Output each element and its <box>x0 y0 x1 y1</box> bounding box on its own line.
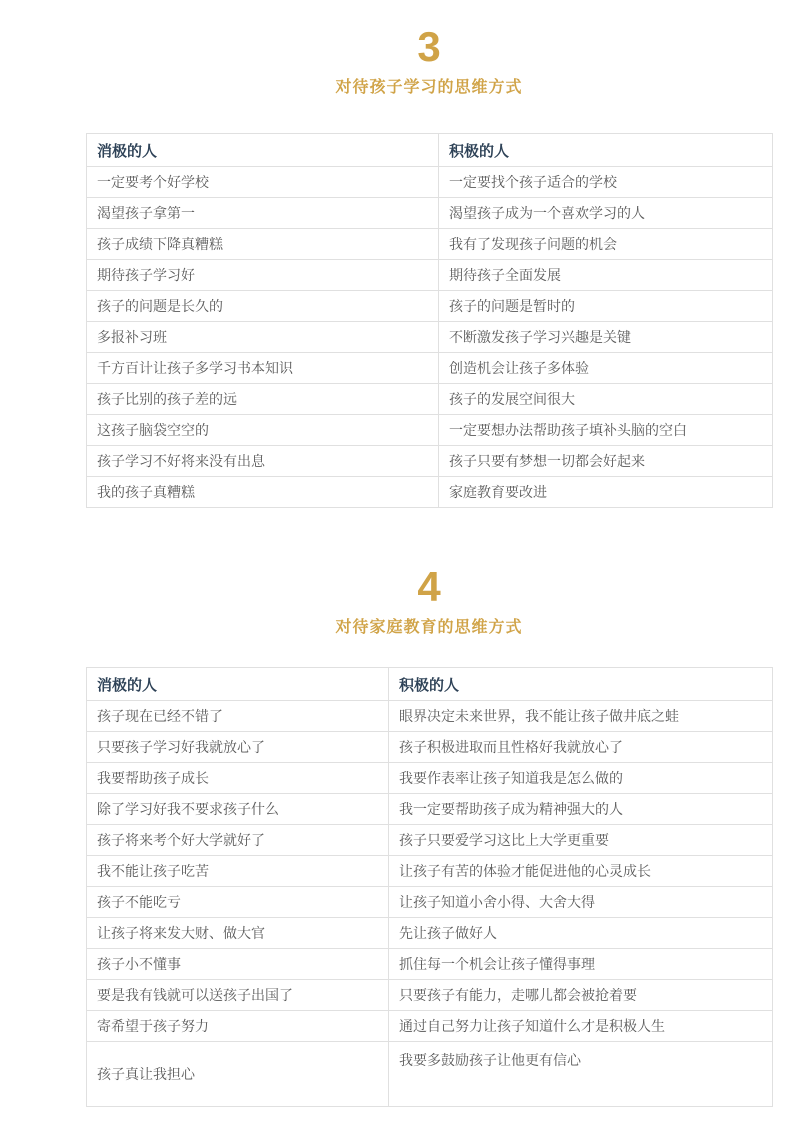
positive-cell: 我要多鼓励孩子让他更有信心 <box>389 1042 773 1107</box>
positive-column-header: 积极的人 <box>439 134 773 167</box>
table-body: 孩子现在已经不错了眼界决定未来世界，我不能让孩子做井底之蛙只要孩子学习好我就放心… <box>87 701 773 1107</box>
negative-cell: 我不能让孩子吃苦 <box>87 856 389 887</box>
table-row: 孩子将来考个好大学就好了孩子只要爱学习这比上大学更重要 <box>87 825 773 856</box>
positive-cell: 创造机会让孩子多体验 <box>439 353 773 384</box>
negative-cell: 一定要考个好学校 <box>87 167 439 198</box>
negative-cell: 寄希望于孩子努力 <box>87 1011 389 1042</box>
table-row: 多报补习班不断激发孩子学习兴趣是关键 <box>87 322 773 353</box>
positive-cell: 我有了发现孩子问题的机会 <box>439 229 773 260</box>
table-row: 这孩子脑袋空空的一定要想办法帮助孩子填补头脑的空白 <box>87 415 773 446</box>
positive-cell: 一定要想办法帮助孩子填补头脑的空白 <box>439 415 773 446</box>
table-row: 寄希望于孩子努力通过自己努力让孩子知道什么才是积极人生 <box>87 1011 773 1042</box>
table-row: 孩子成绩下降真糟糕我有了发现孩子问题的机会 <box>87 229 773 260</box>
negative-cell: 孩子小不懂事 <box>87 949 389 980</box>
positive-cell: 让孩子有苦的体验才能促进他的心灵成长 <box>389 856 773 887</box>
negative-cell: 孩子将来考个好大学就好了 <box>87 825 389 856</box>
positive-cell: 眼界决定未来世界，我不能让孩子做井底之蛙 <box>389 701 773 732</box>
table-row: 孩子的问题是长久的孩子的问题是暂时的 <box>87 291 773 322</box>
table-row: 渴望孩子拿第一渴望孩子成为一个喜欢学习的人 <box>87 198 773 229</box>
table-row: 孩子真让我担心我要多鼓励孩子让他更有信心 <box>87 1042 773 1107</box>
positive-column-header: 积极的人 <box>389 668 773 701</box>
positive-cell: 孩子只要爱学习这比上大学更重要 <box>389 825 773 856</box>
table-row: 我的孩子真糟糕家庭教育要改进 <box>87 477 773 508</box>
negative-cell: 渴望孩子拿第一 <box>87 198 439 229</box>
table-row: 孩子小不懂事抓住每一个机会让孩子懂得事理 <box>87 949 773 980</box>
comparison-table: 消极的人 积极的人 一定要考个好学校一定要找个孩子适合的学校渴望孩子拿第一渴望孩… <box>86 133 773 508</box>
negative-cell: 孩子的问题是长久的 <box>87 291 439 322</box>
positive-cell: 孩子的问题是暂时的 <box>439 291 773 322</box>
negative-cell: 孩子真让我担心 <box>87 1042 389 1107</box>
negative-cell: 孩子现在已经不错了 <box>87 701 389 732</box>
positive-cell: 让孩子知道小舍小得、大舍大得 <box>389 887 773 918</box>
table-row: 孩子现在已经不错了眼界决定未来世界，我不能让孩子做井底之蛙 <box>87 701 773 732</box>
negative-cell: 只要孩子学习好我就放心了 <box>87 732 389 763</box>
positive-cell: 一定要找个孩子适合的学校 <box>439 167 773 198</box>
negative-cell: 孩子不能吃亏 <box>87 887 389 918</box>
positive-cell: 我要作表率让孩子知道我是怎么做的 <box>389 763 773 794</box>
negative-cell: 孩子成绩下降真糟糕 <box>87 229 439 260</box>
positive-cell: 我一定要帮助孩子成为精神强大的人 <box>389 794 773 825</box>
table-row: 孩子学习不好将来没有出息孩子只要有梦想一切都会好起来 <box>87 446 773 477</box>
table-row: 除了学习好我不要求孩子什么我一定要帮助孩子成为精神强大的人 <box>87 794 773 825</box>
table-header-row: 消极的人 积极的人 <box>87 668 773 701</box>
table-row: 要是我有钱就可以送孩子出国了只要孩子有能力，走哪儿都会被抢着要 <box>87 980 773 1011</box>
positive-cell: 期待孩子全面发展 <box>439 260 773 291</box>
section-title: 对待孩子学习的思维方式 <box>86 78 772 97</box>
table-row: 期待孩子学习好期待孩子全面发展 <box>87 260 773 291</box>
table-row: 我要帮助孩子成长我要作表率让孩子知道我是怎么做的 <box>87 763 773 794</box>
negative-cell: 千方百计让孩子多学习书本知识 <box>87 353 439 384</box>
negative-cell: 孩子比别的孩子差的远 <box>87 384 439 415</box>
section-title: 对待家庭教育的思维方式 <box>86 618 772 637</box>
negative-cell: 多报补习班 <box>87 322 439 353</box>
table-row: 只要孩子学习好我就放心了孩子积极进取而且性格好我就放心了 <box>87 732 773 763</box>
negative-cell: 让孩子将来发大财、做大官 <box>87 918 389 949</box>
table-row: 千方百计让孩子多学习书本知识创造机会让孩子多体验 <box>87 353 773 384</box>
negative-cell: 我的孩子真糟糕 <box>87 477 439 508</box>
table-body: 一定要考个好学校一定要找个孩子适合的学校渴望孩子拿第一渴望孩子成为一个喜欢学习的… <box>87 167 773 508</box>
table-row: 我不能让孩子吃苦让孩子有苦的体验才能促进他的心灵成长 <box>87 856 773 887</box>
negative-column-header: 消极的人 <box>87 134 439 167</box>
positive-cell: 抓住每一个机会让孩子懂得事理 <box>389 949 773 980</box>
negative-cell: 除了学习好我不要求孩子什么 <box>87 794 389 825</box>
negative-column-header: 消极的人 <box>87 668 389 701</box>
table-row: 孩子比别的孩子差的远孩子的发展空间很大 <box>87 384 773 415</box>
negative-cell: 期待孩子学习好 <box>87 260 439 291</box>
table-row: 一定要考个好学校一定要找个孩子适合的学校 <box>87 167 773 198</box>
positive-cell: 先让孩子做好人 <box>389 918 773 949</box>
table-header-row: 消极的人 积极的人 <box>87 134 773 167</box>
comparison-table: 消极的人 积极的人 孩子现在已经不错了眼界决定未来世界，我不能让孩子做井底之蛙只… <box>86 667 773 1107</box>
positive-cell: 家庭教育要改进 <box>439 477 773 508</box>
section-number: 3 <box>86 26 772 68</box>
table-row: 让孩子将来发大财、做大官先让孩子做好人 <box>87 918 773 949</box>
negative-cell: 我要帮助孩子成长 <box>87 763 389 794</box>
positive-cell: 渴望孩子成为一个喜欢学习的人 <box>439 198 773 229</box>
section-family-education-mindset: 4 对待家庭教育的思维方式 消极的人 积极的人 孩子现在已经不错了眼界决定未来世… <box>86 566 772 1107</box>
table-row: 孩子不能吃亏让孩子知道小舍小得、大舍大得 <box>87 887 773 918</box>
positive-cell: 不断激发孩子学习兴趣是关键 <box>439 322 773 353</box>
positive-cell: 孩子积极进取而且性格好我就放心了 <box>389 732 773 763</box>
article-content: 3 对待孩子学习的思维方式 消极的人 积极的人 一定要考个好学校一定要找个孩子适… <box>86 0 772 1107</box>
positive-cell: 只要孩子有能力，走哪儿都会被抢着要 <box>389 980 773 1011</box>
section-number: 4 <box>86 566 772 608</box>
negative-cell: 孩子学习不好将来没有出息 <box>87 446 439 477</box>
positive-cell: 孩子的发展空间很大 <box>439 384 773 415</box>
positive-cell: 通过自己努力让孩子知道什么才是积极人生 <box>389 1011 773 1042</box>
negative-cell: 这孩子脑袋空空的 <box>87 415 439 446</box>
positive-cell: 孩子只要有梦想一切都会好起来 <box>439 446 773 477</box>
section-learning-mindset: 3 对待孩子学习的思维方式 消极的人 积极的人 一定要考个好学校一定要找个孩子适… <box>86 26 772 508</box>
negative-cell: 要是我有钱就可以送孩子出国了 <box>87 980 389 1011</box>
